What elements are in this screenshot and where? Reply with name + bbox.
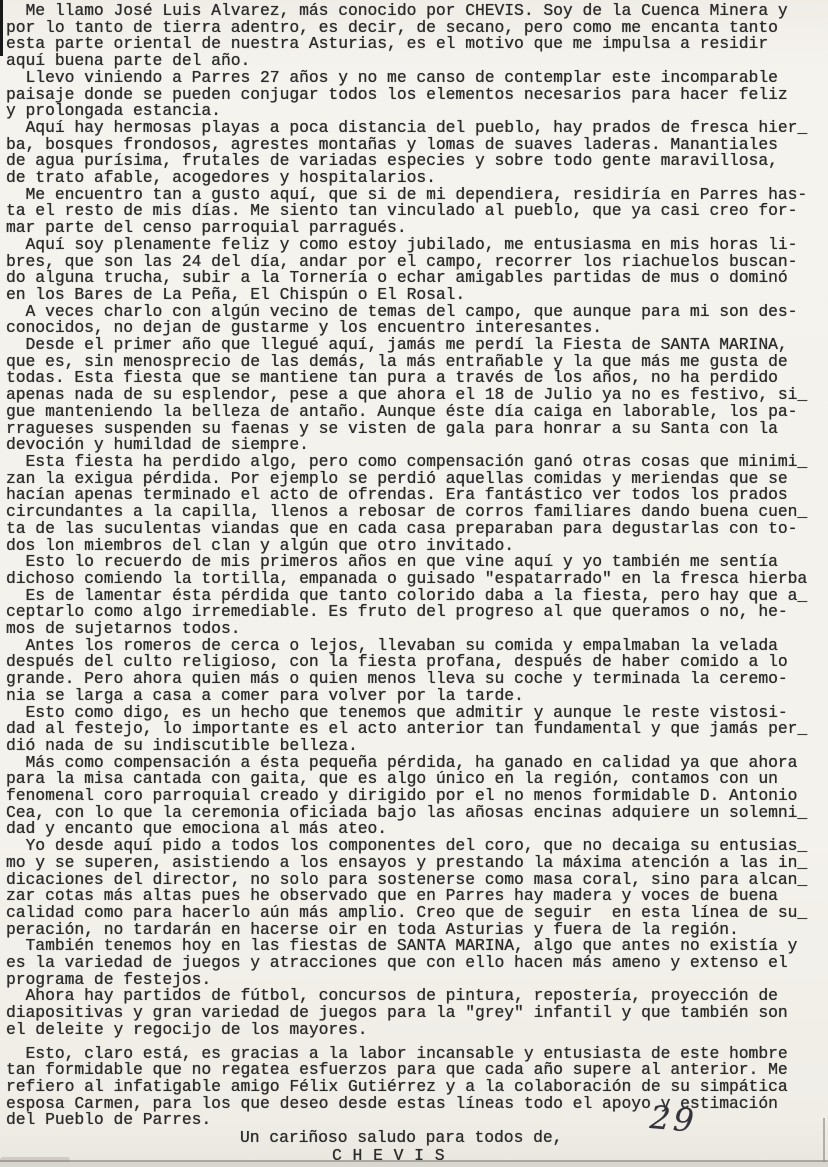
paragraph: Yo desde aquí pido a todos los component…	[6, 838, 828, 938]
scan-edge-bottom-band	[0, 1162, 828, 1167]
typewritten-line: del Pueblo de Parres.	[6, 1112, 828, 1129]
typewritten-line: el deleite y regocijo de los mayores.	[6, 1022, 828, 1039]
paragraph: Desde el primer año que llegué aquí, jam…	[6, 337, 828, 454]
paragraph: Aquí hay hermosas playas a poca distanci…	[6, 120, 828, 187]
paragraph: Me llamo José Luis Alvarez, más conocido…	[6, 3, 828, 70]
paragraph: Esta fiesta ha perdido algo, pero como c…	[6, 454, 828, 554]
paragraph: Llevo viniendo a Parres 27 años y no me …	[6, 70, 828, 120]
paragraph: Me encuentro tan a gusto aquí, que si de…	[6, 187, 828, 237]
paragraph: Aquí soy plenamente feliz y como estoy j…	[6, 237, 828, 304]
closing-line: Un cariñoso saludo para todos de,	[6, 1130, 828, 1147]
paragraph: Esto como digo, es un hecho que tenemos …	[6, 705, 828, 755]
paragraph: Esto, claro está, es gracias a la labor …	[6, 1046, 828, 1130]
paragraph: A veces charlo con algún vecino de temas…	[6, 304, 828, 337]
paragraph: Es de lamentar ésta pérdida que tanto co…	[6, 588, 828, 638]
paragraph: Antes los romeros de cerca o lejos, llev…	[6, 638, 828, 705]
typewritten-line: ta de las suculentas viandas que en cada…	[6, 521, 828, 538]
typewritten-line: Llevo viniendo a Parres 27 años y no me …	[6, 70, 828, 87]
typewritten-page: Me llamo José Luis Alvarez, más conocido…	[6, 3, 828, 1165]
document-body: Me llamo José Luis Alvarez, más conocido…	[6, 3, 828, 1129]
paragraph: Ahora hay partidos de fútbol, concursos …	[6, 988, 828, 1038]
paragraph: Esto lo recuerdo de mis primeros años en…	[6, 554, 828, 587]
paragraph: También tenemos hoy en las fiestas de SA…	[6, 938, 828, 988]
scan-edge-right	[823, 1118, 825, 1162]
handwritten-page-number: 29	[648, 1098, 698, 1140]
paragraph: Más como compensación a ésta pequeña pér…	[6, 755, 828, 839]
scan-edge-top-left	[0, 0, 3, 56]
